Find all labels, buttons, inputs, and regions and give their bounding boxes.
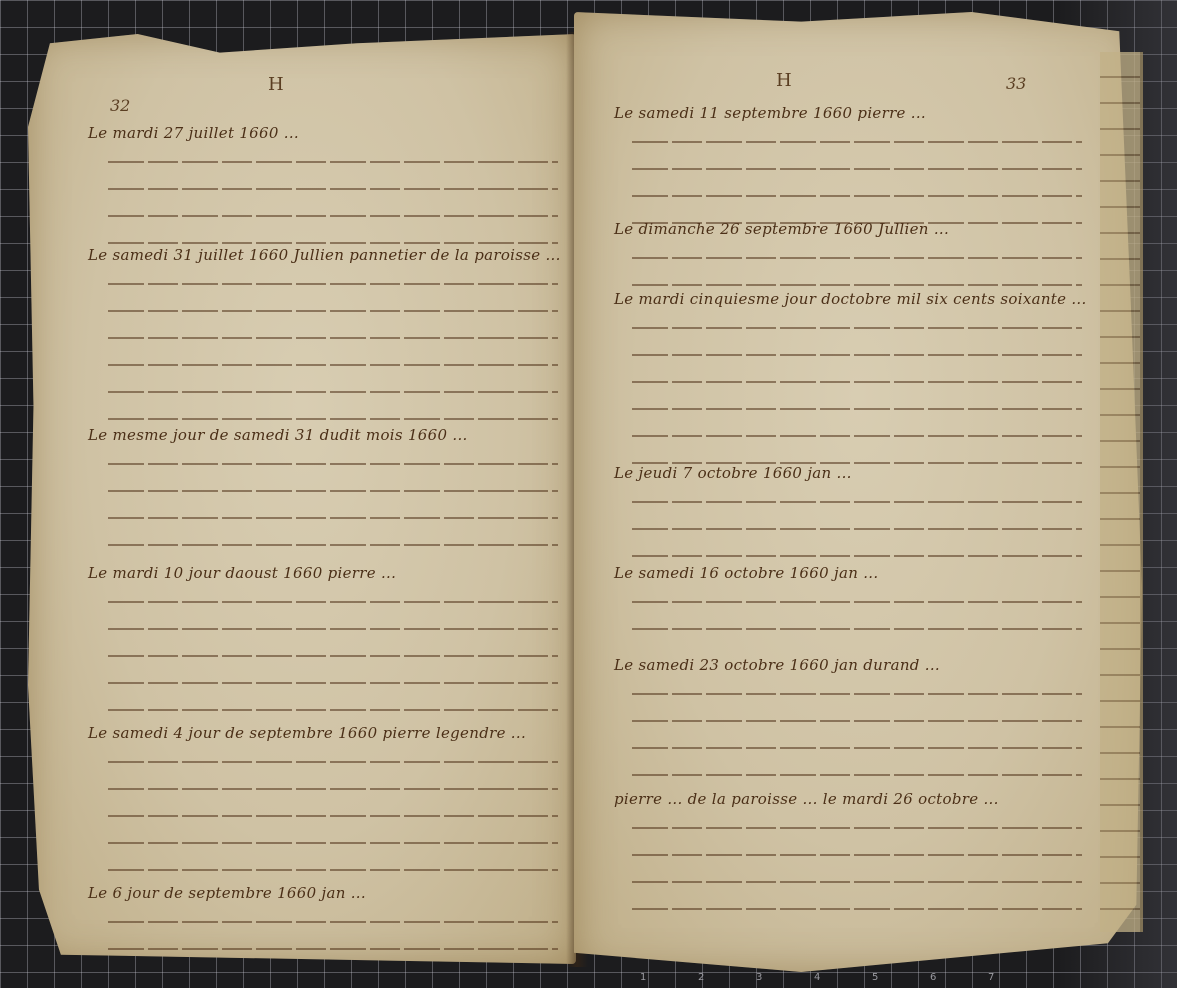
left-entry-4: Le mardi 10 jour daoust 1660 pierre ... bbox=[88, 564, 396, 582]
right-page: H 33 Le samedi 11 septembre 1660 pierre … bbox=[574, 12, 1142, 972]
handwriting-block bbox=[108, 264, 558, 424]
handwriting-block bbox=[632, 482, 1082, 572]
handwriting-block bbox=[632, 808, 1082, 918]
handwriting-block bbox=[632, 582, 1082, 652]
handwriting-block bbox=[108, 902, 558, 957]
right-entry-1: Le samedi 11 septembre 1660 pierre ... bbox=[614, 104, 926, 122]
ruler-tick: 2 bbox=[698, 972, 704, 983]
handwriting-block bbox=[632, 238, 1082, 298]
ruler-tick: 4 bbox=[814, 972, 820, 983]
left-entry-5: Le samedi 4 jour de septembre 1660 pierr… bbox=[88, 724, 526, 742]
handwriting-block bbox=[632, 674, 1082, 794]
left-entry-3: Le mesme jour de samedi 31 dudit mois 16… bbox=[88, 426, 468, 444]
right-entry-7: pierre ... de la paroisse ... le mardi 2… bbox=[614, 790, 999, 808]
left-top-mark: H bbox=[268, 74, 284, 95]
handwriting-block bbox=[108, 444, 558, 559]
left-entry-1: Le mardi 27 juillet 1660 ... bbox=[88, 124, 299, 142]
handwriting-block bbox=[108, 582, 558, 717]
left-folio-number: 32 bbox=[110, 96, 130, 115]
ruler-tick: 6 bbox=[930, 972, 936, 983]
mat-ruler: 1 2 3 4 5 6 7 bbox=[640, 972, 1060, 986]
right-entry-2: Le dimanche 26 septembre 1660 Jullien ..… bbox=[614, 220, 949, 238]
ruler-tick: 3 bbox=[756, 972, 762, 983]
handwriting-block bbox=[632, 122, 1082, 232]
right-entry-5: Le samedi 16 octobre 1660 jan ... bbox=[614, 564, 878, 582]
left-entry-2: Le samedi 31 juillet 1660 Jullien pannet… bbox=[88, 246, 561, 264]
ruler-tick: 7 bbox=[988, 972, 994, 983]
right-folio-number: 33 bbox=[1006, 74, 1026, 93]
page-edge-stack bbox=[1100, 52, 1143, 932]
ruler-tick: 1 bbox=[640, 972, 646, 983]
handwriting-block bbox=[632, 308, 1082, 468]
right-entry-4: Le jeudi 7 octobre 1660 jan ... bbox=[614, 464, 852, 482]
left-entry-6: Le 6 jour de septembre 1660 jan ... bbox=[88, 884, 366, 902]
handwriting-block bbox=[108, 742, 558, 877]
handwriting-block bbox=[108, 142, 558, 262]
right-top-mark: H bbox=[776, 70, 792, 91]
right-entry-3: Le mardi cinquiesme jour doctobre mil si… bbox=[614, 290, 1087, 308]
ruler-tick: 5 bbox=[872, 972, 878, 983]
right-entry-6: Le samedi 23 octobre 1660 jan durand ... bbox=[614, 656, 940, 674]
left-page: 32 H Le mardi 27 juillet 1660 ... Le sam… bbox=[28, 34, 576, 964]
open-register-book: 32 H Le mardi 27 juillet 1660 ... Le sam… bbox=[28, 12, 1148, 974]
